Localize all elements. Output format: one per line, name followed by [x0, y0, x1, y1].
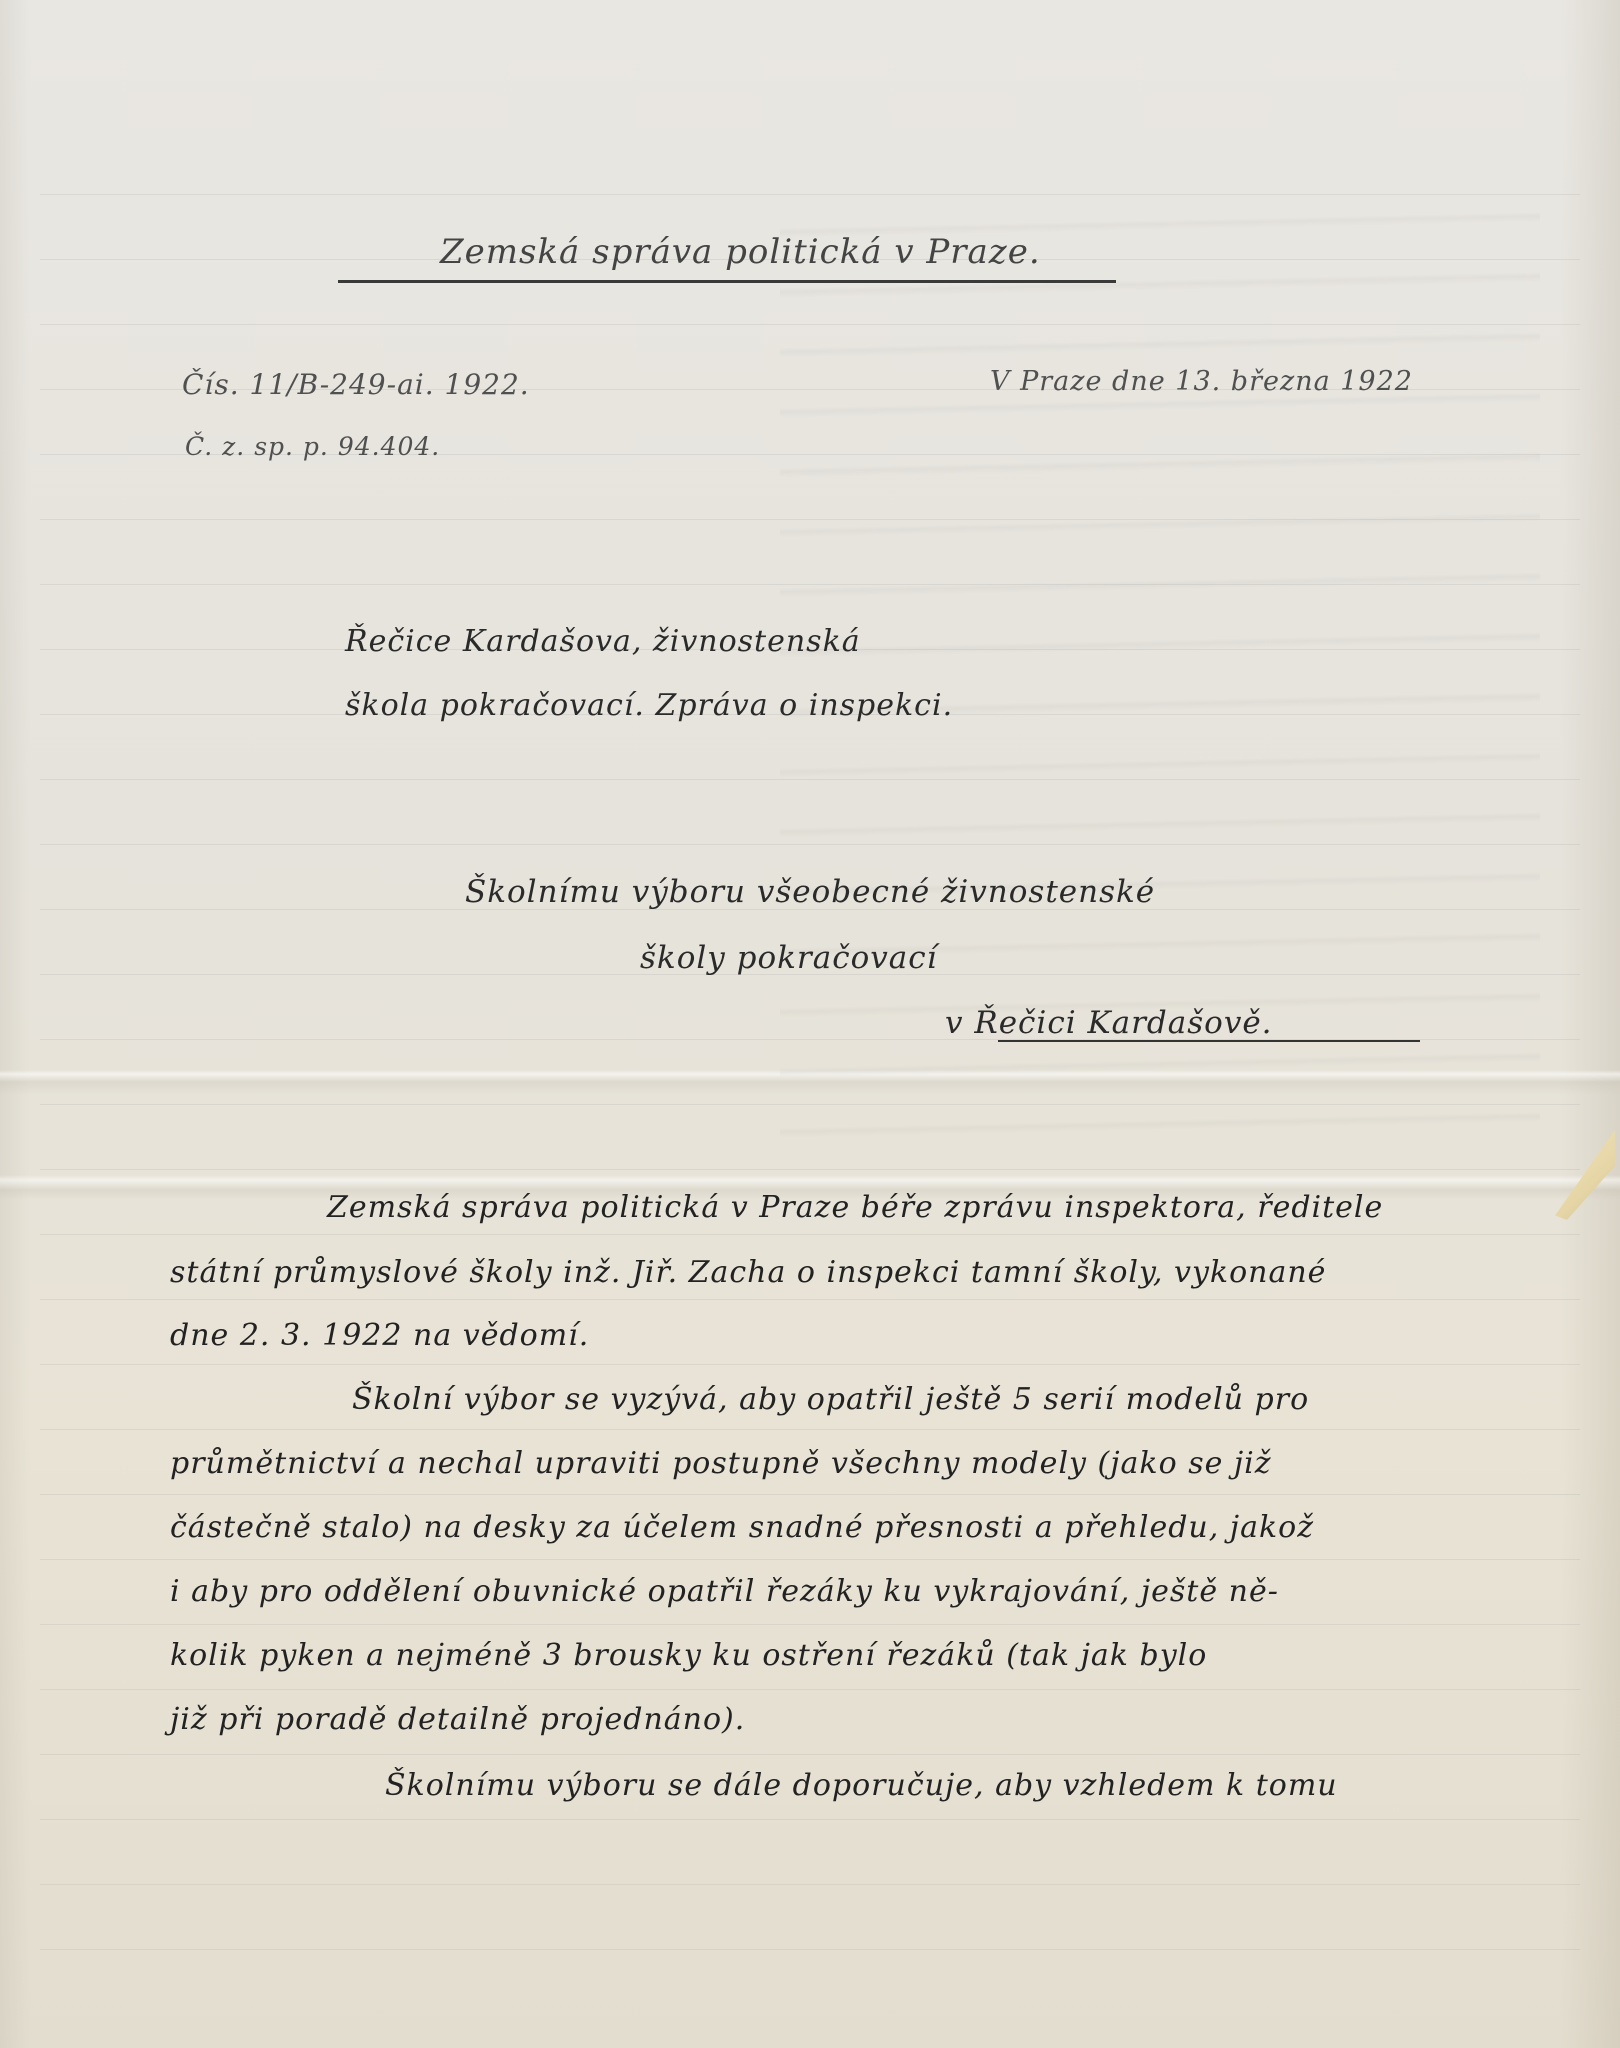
subject-line-1: Řečice Kardašova, živnostenská: [345, 624, 861, 659]
body-line: dne 2. 3. 1922 na vědomí.: [170, 1318, 589, 1353]
reference-number-secondary: Č. z. sp. p. 94.404.: [185, 432, 440, 461]
body-line: částečně stalo) na desky za účelem snadn…: [170, 1510, 1314, 1545]
letterhead-title: Zemská správa politická v Praze.: [440, 232, 1041, 272]
addressee-line-2: školy pokračovací: [640, 940, 938, 976]
body-line: průmětnictví a nechal upraviti postupně …: [170, 1446, 1272, 1481]
body-line: kolik pyken a nejméně 3 brousky ku ostře…: [170, 1638, 1207, 1673]
body-line: i aby pro oddělení obuvnické opatřil řez…: [170, 1574, 1279, 1609]
addressee-line-3: v Řečici Kardašově.: [945, 1005, 1273, 1041]
subject-line-2: škola pokračovací. Zpráva o inspekci.: [345, 688, 953, 723]
body-line: Školní výbor se vyzývá, aby opatřil ješt…: [352, 1382, 1309, 1417]
place-and-date: V Praze dne 13. března 1922: [990, 366, 1413, 397]
reference-number: Čís. 11/B-249-ai. 1922.: [182, 368, 530, 401]
addressee-line-1: Školnímu výboru všeobecné živnostenské: [465, 874, 1155, 910]
title-underline: [338, 280, 1116, 283]
body-line: Školnímu výboru se dále doporučuje, aby …: [385, 1768, 1338, 1803]
body-line: Zemská správa politická v Praze béře zpr…: [327, 1190, 1383, 1225]
body-line: již při poradě detailně projednáno).: [170, 1702, 745, 1737]
paper-sheet: Zemská správa politická v Praze. Čís. 11…: [0, 0, 1620, 2048]
addressee-underline: [998, 1040, 1420, 1042]
body-line: státní průmyslové školy inž. Jiř. Zacha …: [170, 1255, 1326, 1290]
